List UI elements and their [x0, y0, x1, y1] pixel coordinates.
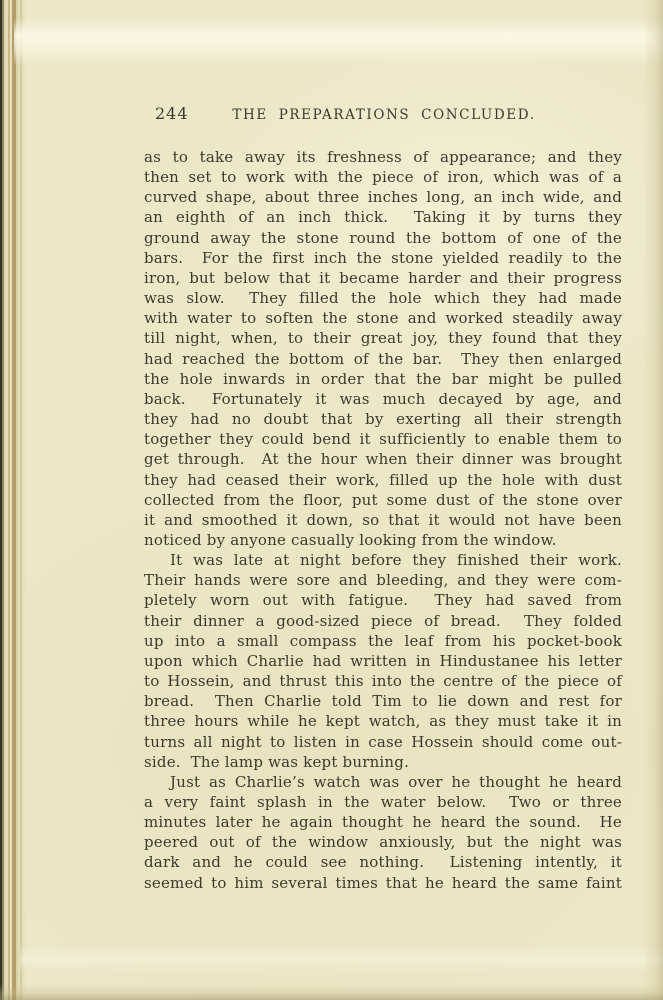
page-bottom-highlight: [20, 946, 663, 972]
text-line: to Hossein, and thrust this into the cen…: [144, 671, 622, 691]
text-line: Just as Charlie’s watch was over he thou…: [144, 772, 622, 792]
text-line: the hole inwards in order that the bar m…: [144, 369, 622, 389]
text-line: get through. At the hour when their dinn…: [144, 449, 622, 469]
text-line: dark and he could see nothing. Listening…: [144, 852, 622, 872]
text-line: curved shape, about three inches long, a…: [144, 187, 622, 207]
text-line: it and smoothed it down, so that it woul…: [144, 510, 622, 530]
text-line: upon which Charlie had written in Hindus…: [144, 651, 622, 671]
text-line: seemed to him several times that he hear…: [144, 873, 622, 893]
chapter-running-title: THE PREPARATIONS CONCLUDED.: [144, 107, 624, 123]
page-top-highlight: [14, 18, 663, 66]
page-right-shadow: [643, 0, 663, 1000]
text-line: had reached the bottom of the bar. They …: [144, 349, 622, 369]
text-line: their dinner a good-sized piece of bread…: [144, 611, 622, 631]
text-line: side. The lamp was kept burning.: [144, 752, 622, 772]
text-line: turns all night to listen in case Hossei…: [144, 732, 622, 752]
body-text: as to take away its freshness of appeara…: [144, 147, 622, 893]
text-line: till night, when, to their great joy, th…: [144, 328, 622, 348]
book-page-scan: 244 THE PREPARATIONS CONCLUDED. as to ta…: [0, 0, 663, 1000]
text-line: was slow. They filled the hole which the…: [144, 288, 622, 308]
text-line: pletely worn out with fatigue. They had …: [144, 590, 622, 610]
text-line: an eighth of an inch thick. Taking it by…: [144, 207, 622, 227]
text-line: a very faint splash in the water below. …: [144, 792, 622, 812]
text-line: bread. Then Charlie told Tim to lie down…: [144, 691, 622, 711]
text-line: up into a small compass the leaf from hi…: [144, 631, 622, 651]
text-line: ground away the stone round the bottom o…: [144, 228, 622, 248]
text-line: minutes later he again thought he heard …: [144, 812, 622, 832]
text-line: with water to soften the stone and worke…: [144, 308, 622, 328]
text-line: bars. For the first inch the stone yield…: [144, 248, 622, 268]
text-line: they had ceased their work, filled up th…: [144, 470, 622, 490]
book-binding-edge: [0, 0, 26, 1000]
text-line: then set to work with the piece of iron,…: [144, 167, 622, 187]
text-line: they had no doubt that by exerting all t…: [144, 409, 622, 429]
text-line: iron, but below that it became harder an…: [144, 268, 622, 288]
text-line: collected from the floor, put some dust …: [144, 490, 622, 510]
text-line: as to take away its freshness of appeara…: [144, 147, 622, 167]
text-line: It was late at night before they finishe…: [144, 550, 622, 570]
text-line: noticed by anyone casually looking from …: [144, 530, 622, 550]
running-head: 244 THE PREPARATIONS CONCLUDED.: [144, 104, 624, 126]
text-line: peered out of the window anxiously, but …: [144, 832, 622, 852]
text-line: Their hands were sore and bleeding, and …: [144, 570, 622, 590]
text-line: back. Fortunately it was much decayed by…: [144, 389, 622, 409]
text-line: together they could bend it sufficiently…: [144, 429, 622, 449]
page-bottom-shadow: [0, 984, 663, 1000]
text-line: three hours while he kept watch, as they…: [144, 711, 622, 731]
